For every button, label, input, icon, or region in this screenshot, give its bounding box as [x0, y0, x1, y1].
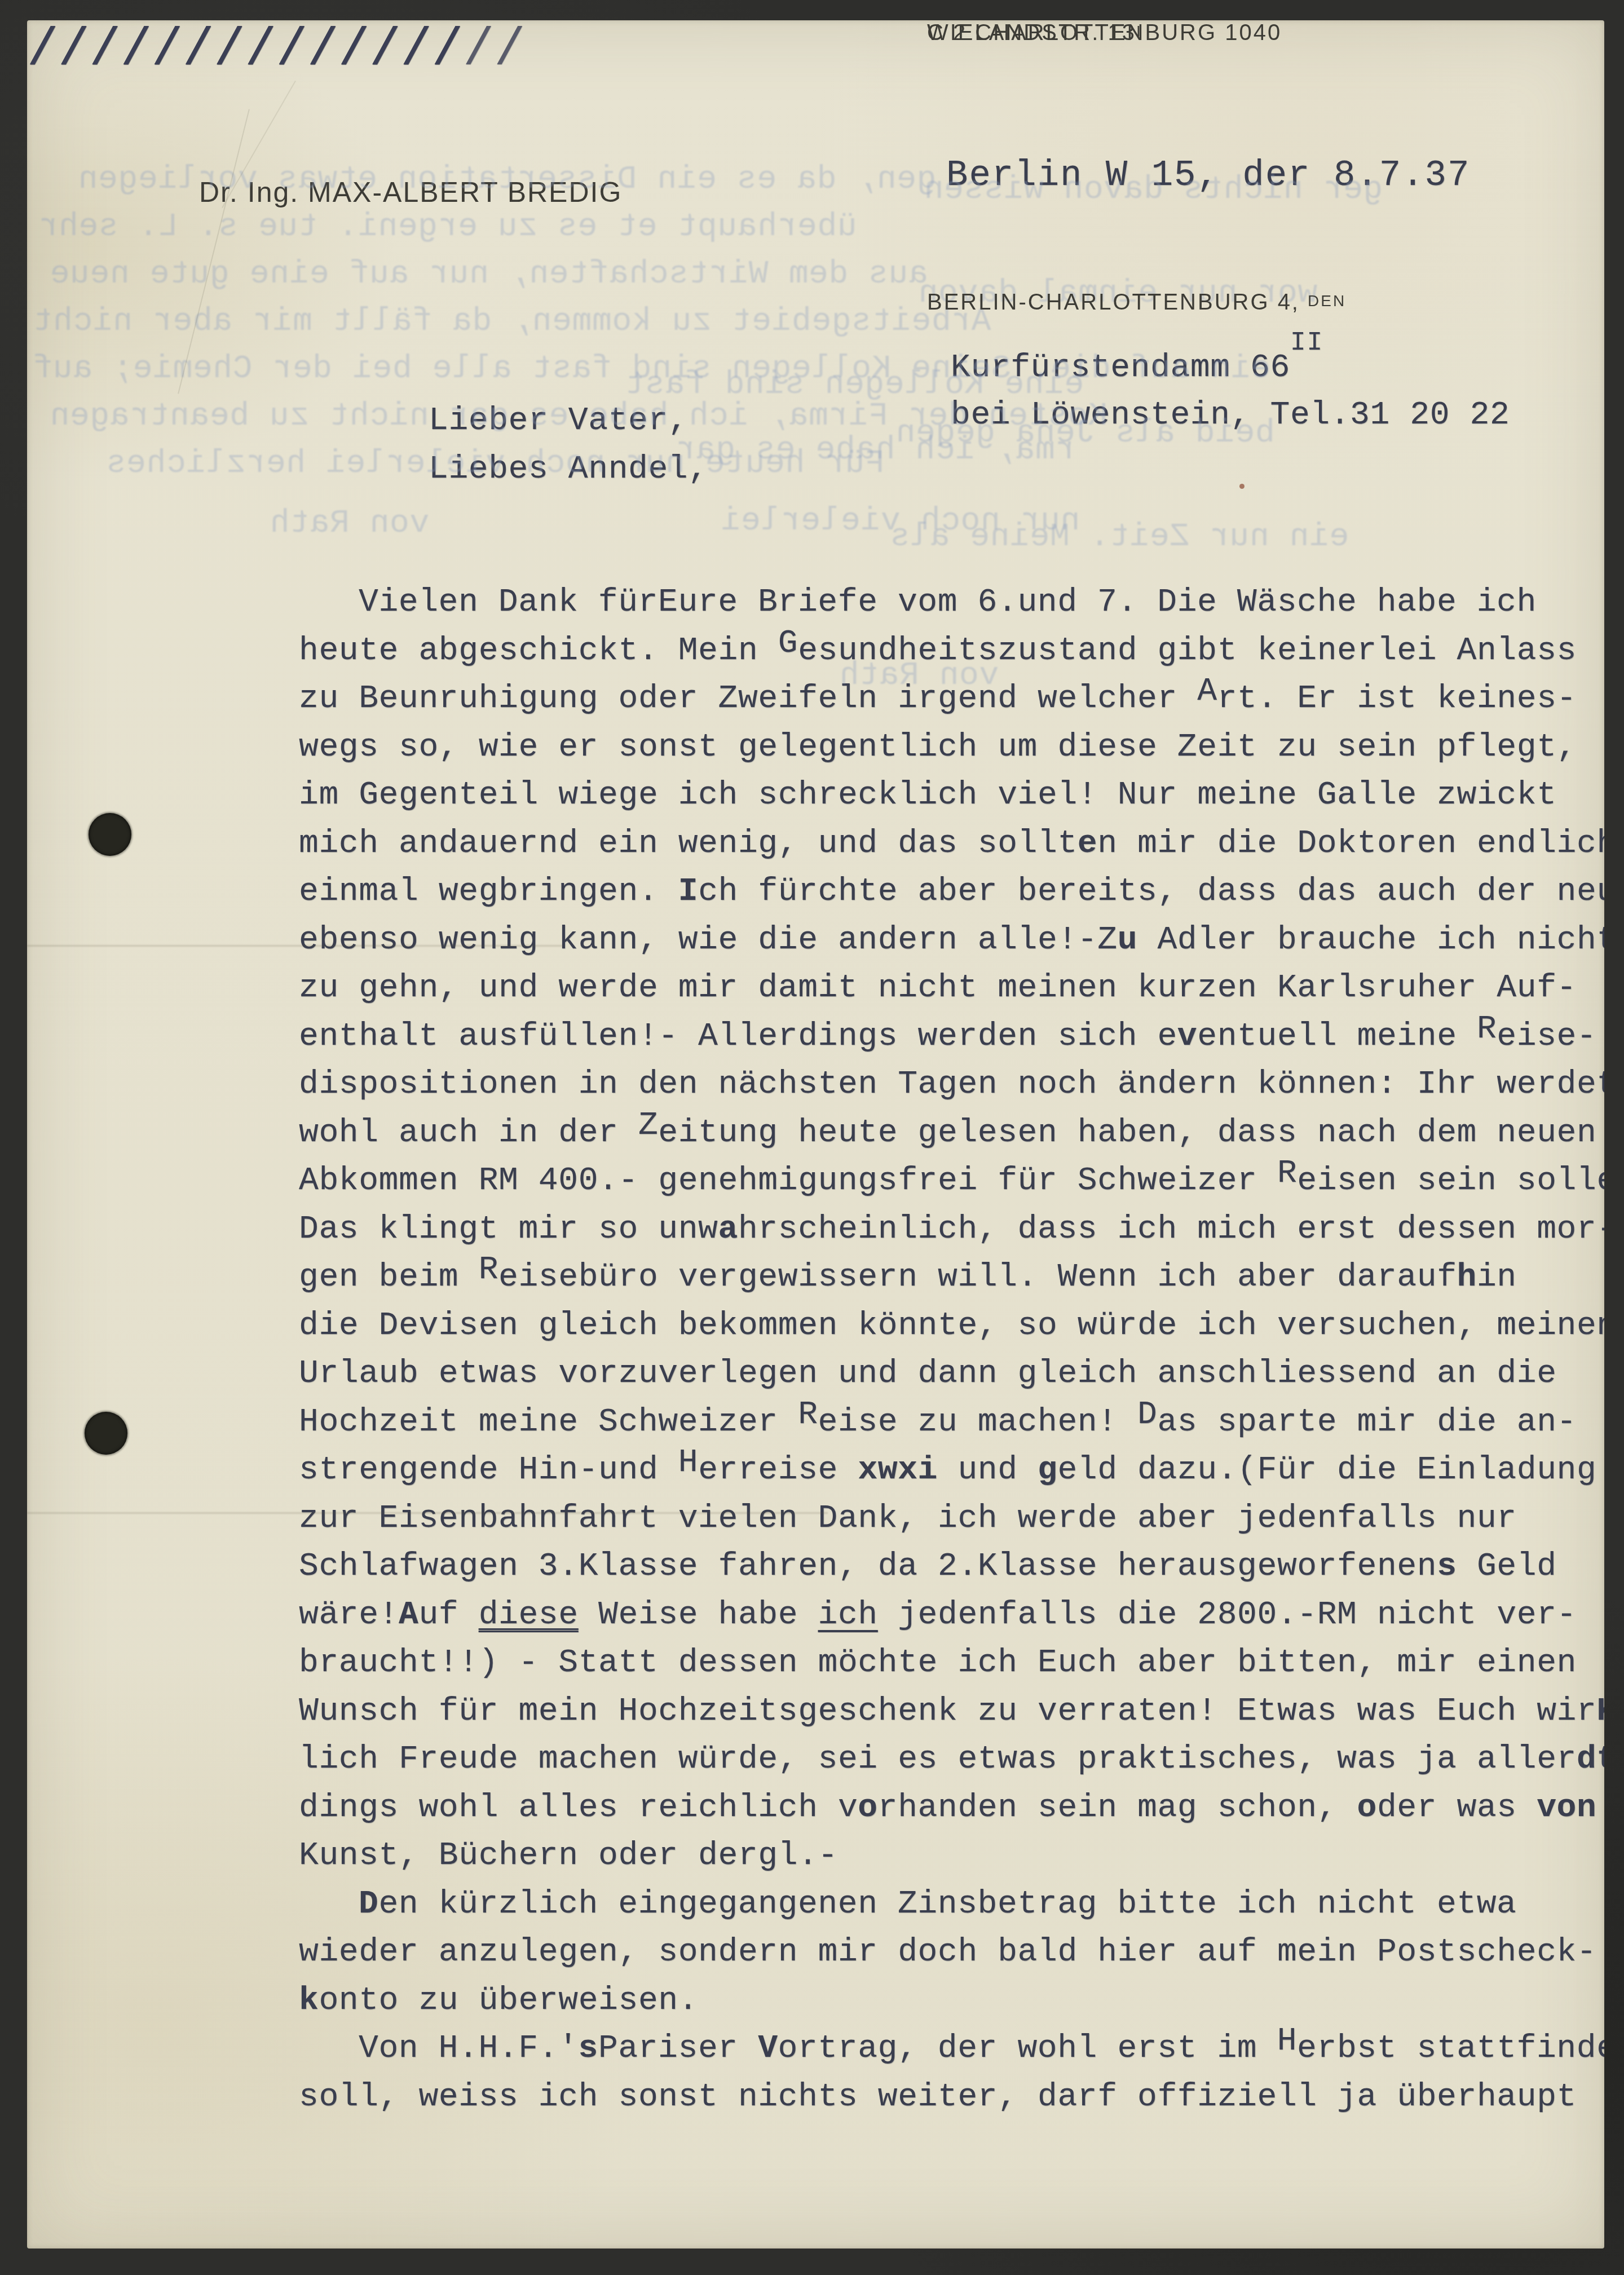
typed-segment: ebenso wenig kann, wie die andern alle!-…: [299, 922, 1118, 958]
typed-segment: der was: [1377, 1790, 1537, 1826]
typed-segment: jedenfalls die 2800.-RM nicht ver-: [878, 1597, 1577, 1633]
bleedthrough-line: rma, ich habe es gar: [676, 432, 1075, 469]
strikethrough-slashes-row3: //////////////: [27, 20, 463, 79]
typed-segment: en kürzlich eingegangenen Zinsbetrag bit…: [378, 1886, 1516, 1923]
typed-segment: Das klingt mir so unw: [299, 1211, 718, 1248]
stamp-old-address-line1: BERLIN-CHARLOTTENBURG 4, DEN: [927, 290, 1346, 315]
paper-crease-lower: [27, 1512, 828, 1514]
bleedthrough-line: von Rath: [839, 657, 999, 694]
typed-segment: V: [758, 2030, 778, 2067]
typed-segment: ch fürchte aber bereits, dass das auch d…: [698, 873, 1604, 910]
typed-segment: zu Beunruhigung oder Zweifeln irgend wel…: [299, 681, 1197, 717]
typed-line: im Gegenteil wiege ich schrecklich viel!…: [299, 777, 1604, 825]
bleedthrough-line: nur noch vielerlei: [721, 503, 1080, 540]
typed-segment: g: [1038, 1452, 1057, 1488]
typed-segment: rhanden sein mag schon,: [878, 1790, 1357, 1826]
typed-line: wegs so, wie er sonst gelegentlich um di…: [299, 729, 1604, 778]
typed-segment: v: [1177, 1018, 1197, 1055]
typed-line: wieder anzulegen, sondern mir doch bald …: [299, 1934, 1604, 1982]
typed-segment: Pariser: [598, 2030, 758, 2067]
stamp-old-address-line3: C 2 CHARLOTTENBURG 1040: [927, 20, 1282, 46]
typed-segment: o: [1357, 1790, 1377, 1826]
typed-line: Von H.H.F.'sPariser Vortrag, der wohl er…: [299, 2030, 1604, 2079]
typed-segment: onto zu überweisen.: [319, 1982, 698, 2019]
typed-segment: mich andauernd ein wenig, und das sollt: [299, 825, 1078, 862]
typed-segment: Geld: [1457, 1548, 1557, 1585]
typed-segment: I: [678, 873, 698, 910]
typed-segment: Adler brauche ich nicht: [1137, 922, 1604, 958]
bleedthrough-line: aus dem Wirtschaften, nur auf eine gute …: [50, 256, 928, 293]
typed-segment: u: [1118, 922, 1137, 958]
typed-segment: D: [1137, 1397, 1157, 1433]
typed-segment: xwxi: [858, 1452, 938, 1488]
typed-segment: hrscheinlich, dass ich mich erst dessen …: [738, 1211, 1604, 1248]
typed-segment: zu gehn, und werde mir damit nicht meine…: [299, 970, 1577, 1006]
typed-segment: H: [678, 1444, 698, 1481]
typed-line: enthalt ausfüllen!- Allerdings werden si…: [299, 1018, 1604, 1067]
typed-segment: Z: [638, 1107, 658, 1144]
typed-line: Urlaub etwas vorzuverlegen und dann glei…: [299, 1355, 1604, 1404]
typed-segment: strengende Hin-und: [299, 1452, 678, 1488]
typed-line: strengende Hin-und Herreise xwxi und gel…: [299, 1452, 1604, 1500]
typed-segment: eitung heute gelesen haben, dass nach de…: [658, 1115, 1596, 1151]
typed-line: dispositionen in den nächsten Tagen noch…: [299, 1066, 1604, 1115]
typed-line: Schlafwagen 3.Klasse fahren, da 2.Klasse…: [299, 1548, 1604, 1597]
typed-segment: und: [938, 1452, 1038, 1488]
typed-segment: Von H.H.F.': [359, 2030, 578, 2067]
typed-segment: im Gegenteil wiege ich schrecklich viel!…: [299, 777, 1557, 814]
typed-line: Wunsch für mein Hochzeitsgeschenk zu ver…: [299, 1693, 1604, 1742]
typed-line: konto zu überweisen.: [299, 1982, 1604, 2031]
typed-line: gen beim Reisebüro vergewissern will. We…: [299, 1259, 1604, 1307]
typed-segment: wegs so, wie er sonst gelegentlich um di…: [299, 729, 1577, 766]
typed-line: zur Eisenbahnfahrt vielen Dank, ich werd…: [299, 1500, 1604, 1549]
typed-line: Den kürzlich eingegangenen Zinsbetrag bi…: [299, 1886, 1604, 1934]
typed-segment: einmal wegbringen.: [299, 873, 678, 910]
typed-segment: erreise: [698, 1452, 858, 1488]
typed-segment: wäre!: [299, 1597, 399, 1633]
typed-segment: G: [778, 625, 798, 662]
typed-segment: zur Eisenbahnfahrt vielen Dank, ich werd…: [299, 1500, 1517, 1537]
typed-line: Hochzeit meine Schweizer Reise zu machen…: [299, 1404, 1604, 1452]
letter-paper: Dr. Ing. MAX-ALBERT BREDIG Berlin W 15, …: [27, 20, 1604, 2249]
typed-line: wohl auch in der Zeitung heute gelesen h…: [299, 1115, 1604, 1163]
paper-speck: [1239, 484, 1245, 489]
typed-segment: eisebüro vergewissern will. Wenn ich abe…: [498, 1259, 1457, 1296]
typed-line: dings wohl alles reichlich vorhanden sei…: [299, 1790, 1604, 1838]
address-floor-superscript: II: [1290, 328, 1323, 357]
typed-segment: Hochzeit meine Schweizer: [299, 1404, 798, 1441]
typed-segment: eise zu machen!: [818, 1404, 1138, 1441]
typed-line: lich Freude machen würde, sei es etwas p…: [299, 1741, 1604, 1790]
typed-line: braucht!!) - Statt dessen möchte ich Euc…: [299, 1645, 1604, 1693]
typed-segment: a: [718, 1211, 738, 1248]
typed-segment: enthalt ausfüllen!- Allerdings werden si…: [299, 1018, 1177, 1055]
typed-segment: die Devisen gleich bekommen könnte, so w…: [299, 1307, 1604, 1344]
typed-segment: entuell meine: [1197, 1018, 1477, 1055]
typed-segment: H: [1277, 2023, 1297, 2060]
typed-segment: as sparte mir die an-: [1157, 1404, 1577, 1441]
paper-crease-upper: [27, 945, 563, 947]
typed-segment: braucht!!) - Statt dessen möchte ich Euc…: [299, 1645, 1577, 1681]
typed-segment: ortrag, der wohl erst im: [778, 2030, 1277, 2067]
typed-segment: eld dazu.(Für die Einladung: [1057, 1452, 1596, 1488]
typed-segment: R: [1277, 1155, 1297, 1192]
stamp-den-suffix: DEN: [1308, 292, 1346, 310]
typed-segment: in: [1477, 1259, 1517, 1296]
typed-line: zu gehn, und werde mir damit nicht meine…: [299, 970, 1604, 1018]
typed-segment: Wunsch für mein Hochzeitsgeschenk zu ver…: [299, 1693, 1596, 1730]
bleedthrough-line: eine Kollegen sind fast: [625, 366, 1084, 403]
typed-line: soll, weiss ich sonst nichts weiter, dar…: [299, 2079, 1604, 2127]
body-lines: Vielen Dank fürEure Briefe vom 6.und 7. …: [299, 584, 1604, 2127]
typed-segment: Abkommen RM 400.- genehmigungsfrei für S…: [299, 1163, 1277, 1199]
typed-segment: von: [1537, 1790, 1596, 1826]
typed-line: mich andauernd ein wenig, und das sollte…: [299, 825, 1604, 874]
stamp-city: BERLIN-CHARLOTTENBURG 4,: [927, 290, 1308, 315]
typed-segment: gen beim: [299, 1259, 479, 1296]
typed-segment: h: [1457, 1259, 1477, 1296]
typed-segment: R: [479, 1252, 498, 1288]
typed-segment: soll, weiss ich sonst nichts weiter, dar…: [299, 2079, 1577, 2115]
bleedthrough-line: ger nichts davon wissen: [924, 171, 1383, 208]
typed-segment: eise-: [1497, 1018, 1596, 1055]
typed-line: wäre!Auf diese Weise habe ich jedenfalls…: [299, 1597, 1604, 1645]
typed-line: einmal wegbringen. Ich fürchte aber bere…: [299, 873, 1604, 922]
punch-hole: [89, 813, 131, 856]
typed-segment: o: [858, 1790, 877, 1826]
typed-segment: Kunst, Büchern oder dergl.-: [299, 1837, 838, 1874]
typed-segment: Urlaub etwas vorzuverlegen und dann glei…: [299, 1355, 1557, 1392]
typed-segment: lich Freude machen würde, sei es etwas p…: [299, 1741, 1577, 1778]
typed-segment: K: [1596, 1693, 1604, 1730]
typed-segment: uf: [418, 1597, 478, 1633]
typed-segment: A: [399, 1597, 418, 1633]
punch-hole: [85, 1412, 127, 1455]
typed-segment: heute abgeschickt. Mein: [299, 633, 778, 669]
typed-line: Abkommen RM 400.- genehmigungsfrei für S…: [299, 1163, 1604, 1211]
typed-segment: Vielen Dank fürEure Briefe vom 6.und 7. …: [359, 584, 1537, 621]
typed-line: die Devisen gleich bekommen könnte, so w…: [299, 1307, 1604, 1356]
typed-segment: eisen sein sollen: [1297, 1163, 1604, 1199]
typed-segment: R: [1477, 1011, 1497, 1048]
typed-segment: diese: [479, 1597, 579, 1633]
scanned-letter-page: { "document_type": "typewritten letter (…: [0, 0, 1624, 2275]
typed-segment: ich: [818, 1597, 878, 1633]
typed-segment: dings wohl alles reichlich v: [299, 1790, 858, 1826]
typed-segment: s: [1437, 1548, 1457, 1585]
typed-segment: k: [299, 1982, 319, 2019]
typed-segment: erbst stattfinde: [1297, 2030, 1604, 2067]
bleedthrough-line: überhaupt et es zu ergeni. tue s. L. seh…: [38, 209, 857, 245]
typed-line: Kunst, Büchern oder dergl.-: [299, 1837, 1604, 1886]
typed-line: Vielen Dank fürEure Briefe vom 6.und 7. …: [299, 584, 1604, 633]
bleedthrough-line: Arbeitsgebiet zu kommen, da fällt mir ab…: [33, 303, 991, 340]
typed-segment: dt: [1577, 1741, 1604, 1778]
typed-segment: wohl auch in der: [299, 1115, 638, 1151]
bleedthrough-line: von Rath: [270, 505, 429, 542]
typed-segment: e: [1078, 825, 1097, 862]
typed-segment: R: [798, 1397, 818, 1433]
typed-segment: Weise habe: [579, 1597, 818, 1633]
typed-segment: D: [359, 1886, 378, 1923]
typed-segment: s: [578, 2030, 598, 2067]
bleedthrough-line: gen, da es ein Dissertation etwas vorlie…: [78, 161, 936, 198]
typed-segment: dispositionen in den nächsten Tagen noch…: [299, 1066, 1604, 1103]
typed-segment: Schlafwagen 3.Klasse fahren, da 2.Klasse…: [299, 1548, 1437, 1585]
typed-segment: A: [1197, 673, 1217, 710]
typed-segment: n mir die Doktoren endlich: [1097, 825, 1604, 862]
typed-segment: rt. Er ist keines-: [1217, 681, 1577, 717]
typed-segment: wieder anzulegen, sondern mir doch bald …: [299, 1934, 1596, 1971]
